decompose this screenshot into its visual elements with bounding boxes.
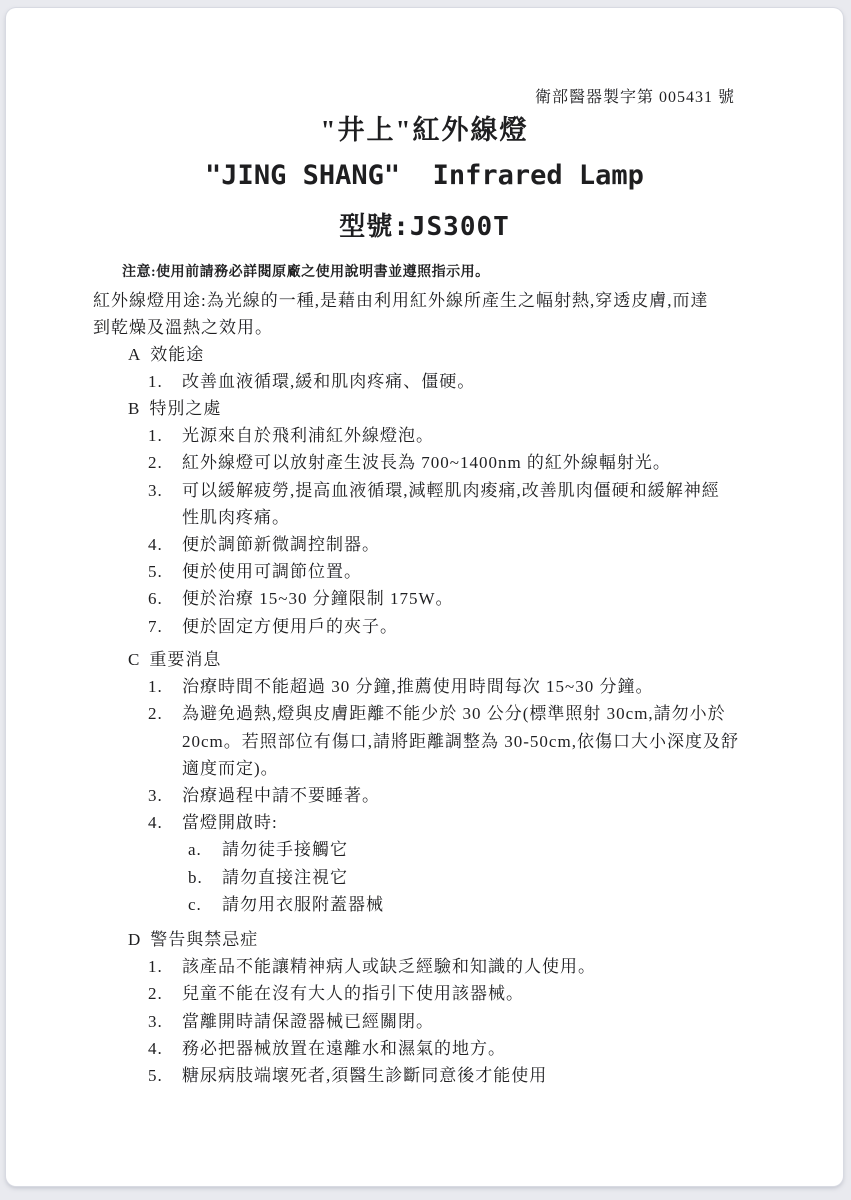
section-letter: A	[128, 341, 141, 368]
item-text: 當燈開啟時:	[182, 809, 803, 836]
subitem-letter: a.	[188, 836, 222, 863]
usage-notice: 注意:使用前請務必詳閱原廠之使用說明書並遵照指示用。	[122, 261, 490, 281]
item-number: 6.	[148, 585, 182, 612]
list-item: 6. 便於治療 15~30 分鐘限制 175W。	[128, 585, 803, 612]
subitem-letter: c.	[188, 891, 222, 918]
item-text: 便於使用可調節位置。	[182, 558, 803, 585]
list-item: 4. 務必把器械放置在遠離水和濕氣的地方。	[128, 1035, 803, 1062]
section-b-features: B特別之處 1. 光源來自於飛利浦紅外線燈泡。 2. 紅外線燈可以放射產生波長為…	[128, 395, 803, 640]
product-title-english: "JING SHANG" Infrared Lamp	[6, 160, 843, 191]
intro-paragraph: 紅外線燈用途:為光線的一種,是藉由利用紅外線所產生之幅射熱,穿透皮膚,而達 到乾…	[93, 287, 708, 341]
subitem-text: 請勿用衣服附蓋器械	[222, 891, 803, 918]
section-title: 警告與禁忌症	[150, 930, 258, 949]
section-c-important: C重要消息 1. 治療時間不能超過 30 分鐘,推薦使用時間每次 15~30 分…	[128, 646, 803, 918]
list-item: 3. 可以緩解疲勞,提高血液循環,減輕肌肉痠痛,改善肌肉僵硬和緩解神經 性肌肉疼…	[128, 477, 803, 531]
scanned-document: { "colors": { "background": "#e9eaef", "…	[0, 0, 851, 1200]
item-number: 4.	[148, 1035, 182, 1062]
item-text: 務必把器械放置在遠離水和濕氣的地方。	[182, 1035, 803, 1062]
item-text: 改善血液循環,緩和肌肉疼痛、僵硬。	[182, 368, 803, 395]
intro-line: 到乾燥及溫熱之效用。	[93, 314, 708, 341]
item-text: 紅外線燈可以放射產生波長為 700~1400nm 的紅外線輻射光。	[182, 449, 803, 476]
intro-line: 紅外線燈用途:為光線的一種,是藉由利用紅外線所產生之幅射熱,穿透皮膚,而達	[93, 287, 708, 314]
item-number: 1.	[148, 422, 182, 449]
section-a-efficacy: A效能途 1. 改善血液循環,緩和肌肉疼痛、僵硬。	[128, 341, 803, 395]
subitem-letter: b.	[188, 864, 222, 891]
item-number: 3.	[148, 782, 182, 809]
list-item: 5. 糖尿病肢端壞死者,須醫生診斷同意後才能使用	[128, 1062, 803, 1089]
section-letter: D	[128, 926, 141, 953]
item-text: 便於固定方便用戶的夾子。	[182, 613, 803, 640]
item-text: 治療過程中請不要睡著。	[182, 782, 803, 809]
item-text: 可以緩解疲勞,提高血液循環,減輕肌肉痠痛,改善肌肉僵硬和緩解神經	[182, 477, 803, 504]
list-item: 1. 治療時間不能超過 30 分鐘,推薦使用時間每次 15~30 分鐘。	[128, 673, 803, 700]
item-text: 光源來自於飛利浦紅外線燈泡。	[182, 422, 803, 449]
item-number: 7.	[148, 613, 182, 640]
item-number: 1.	[148, 368, 182, 395]
list-item: 2. 為避免過熱,燈與皮膚距離不能少於 30 公分(標準照射 30cm,請勿小於…	[128, 700, 803, 782]
sub-list-item: a. 請勿徒手接觸它	[128, 836, 803, 863]
item-text: 該產品不能讓精神病人或缺乏經驗和知識的人使用。	[182, 953, 803, 980]
item-number: 5.	[148, 1062, 182, 1089]
sub-list-item: b. 請勿直接注視它	[128, 864, 803, 891]
item-number: 5.	[148, 558, 182, 585]
section-letter: C	[128, 646, 140, 673]
item-number: 3.	[148, 477, 182, 504]
item-number: 1.	[148, 673, 182, 700]
item-number: 2.	[148, 449, 182, 476]
section-letter: B	[128, 395, 140, 422]
section-heading: A效能途	[128, 341, 803, 368]
item-text: 當離開時請保證器械已經關閉。	[182, 1008, 803, 1035]
section-title: 重要消息	[149, 650, 221, 669]
document-page: 衛部醫器製字第 005431 號 "井上"紅外線燈 "JING SHANG" I…	[6, 8, 843, 1186]
list-item: 4. 當燈開啟時:	[128, 809, 803, 836]
item-number: 4.	[148, 531, 182, 558]
section-d-warnings: D警告與禁忌症 1. 該產品不能讓精神病人或缺乏經驗和知識的人使用。 2. 兒童…	[128, 926, 803, 1089]
product-title-chinese: "井上"紅外線燈	[6, 108, 843, 147]
list-item: 2. 紅外線燈可以放射產生波長為 700~1400nm 的紅外線輻射光。	[128, 449, 803, 476]
section-title: 效能途	[150, 345, 204, 364]
item-text: 便於調節新微調控制器。	[182, 531, 803, 558]
section-title: 特別之處	[149, 399, 221, 418]
sub-list-item: c. 請勿用衣服附蓋器械	[128, 891, 803, 918]
subitem-text: 請勿徒手接觸它	[222, 836, 803, 863]
item-number: 4.	[148, 809, 182, 836]
list-item: 1. 該產品不能讓精神病人或缺乏經驗和知識的人使用。	[128, 953, 803, 980]
list-item: 3. 當離開時請保證器械已經關閉。	[128, 1008, 803, 1035]
item-text: 性肌肉疼痛。	[182, 504, 803, 531]
subitem-text: 請勿直接注視它	[222, 864, 803, 891]
section-heading: C重要消息	[128, 646, 803, 673]
item-number: 1.	[148, 953, 182, 980]
item-text: 便於治療 15~30 分鐘限制 175W。	[182, 585, 803, 612]
item-text: 為避免過熱,燈與皮膚距離不能少於 30 公分(標準照射 30cm,請勿小於	[182, 700, 803, 727]
item-text: 糖尿病肢端壞死者,須醫生診斷同意後才能使用	[182, 1062, 803, 1089]
item-text: 兒童不能在沒有大人的指引下使用該器械。	[182, 980, 803, 1007]
item-text: 20cm。若照部位有傷口,請將距離調整為 30-50cm,依傷口大小深度及舒	[182, 728, 803, 755]
item-text: 治療時間不能超過 30 分鐘,推薦使用時間每次 15~30 分鐘。	[182, 673, 803, 700]
list-item: 1. 光源來自於飛利浦紅外線燈泡。	[128, 422, 803, 449]
license-number: 衛部醫器製字第 005431 號	[535, 84, 735, 107]
item-number: 2.	[148, 700, 182, 727]
list-item: 1. 改善血液循環,緩和肌肉疼痛、僵硬。	[128, 368, 803, 395]
section-heading: D警告與禁忌症	[128, 926, 803, 953]
item-text: 適度而定)。	[182, 755, 803, 782]
list-item: 7. 便於固定方便用戶的夾子。	[128, 613, 803, 640]
model-number: 型號:JS300T	[6, 206, 843, 243]
list-item: 4. 便於調節新微調控制器。	[128, 531, 803, 558]
list-item: 5. 便於使用可調節位置。	[128, 558, 803, 585]
item-number: 2.	[148, 980, 182, 1007]
list-item: 3. 治療過程中請不要睡著。	[128, 782, 803, 809]
section-heading: B特別之處	[128, 395, 803, 422]
list-item: 2. 兒童不能在沒有大人的指引下使用該器械。	[128, 980, 803, 1007]
item-number: 3.	[148, 1008, 182, 1035]
